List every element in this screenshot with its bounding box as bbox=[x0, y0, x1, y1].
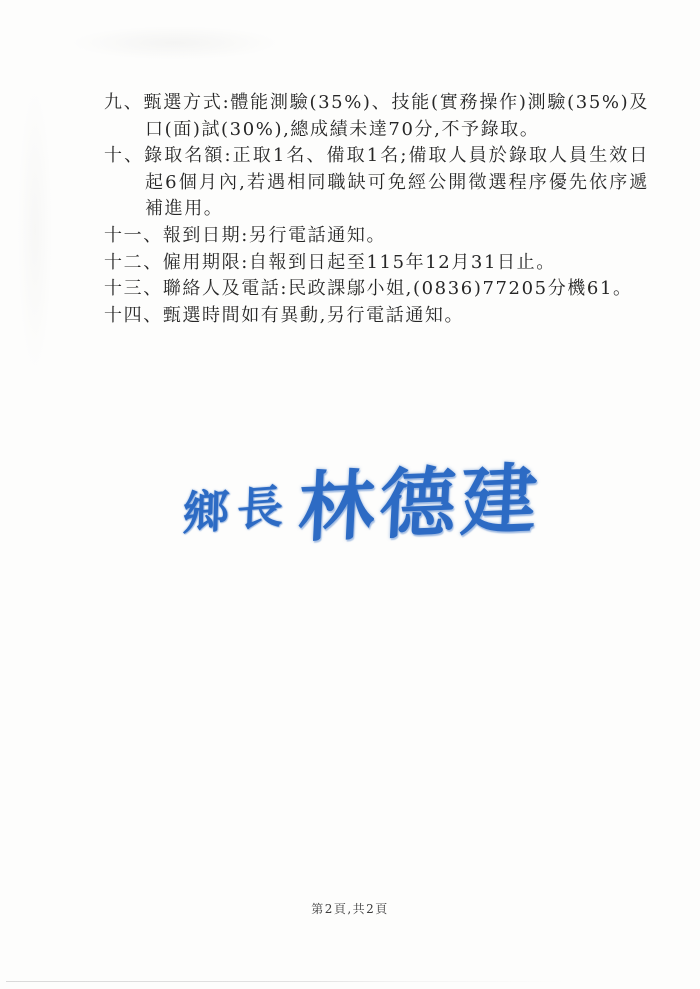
list-item-9: 九、甄選方式:體能測驗(35%)、技能(實務操作)測驗(35%)及口(面)試(3… bbox=[104, 90, 649, 143]
item-text: 甄選方式:體能測驗(35%)、技能(實務操作)測驗(35%)及口(面)試(30%… bbox=[144, 92, 649, 140]
scan-artifact-line bbox=[6, 981, 566, 982]
item-number: 十二、 bbox=[104, 252, 163, 273]
item-text: 錄取名額:正取1名、備取1名;備取人員於錄取人員生效日起6個月內,若遇相同職缺可… bbox=[144, 145, 649, 219]
item-number: 十、 bbox=[104, 145, 144, 166]
item-text: 僱用期限:自報到日起至115年12月31日止。 bbox=[163, 252, 556, 273]
scan-smudge-artifact bbox=[70, 26, 280, 60]
item-number: 九、 bbox=[104, 92, 144, 113]
signature-name: 林德建 bbox=[296, 438, 545, 556]
scan-smudge-artifact bbox=[18, 90, 52, 370]
list-item-13: 十三、聯絡人及電話:民政課鄔小姐,(0836)77205分機61。 bbox=[104, 276, 649, 303]
signature-title: 鄉長 bbox=[182, 470, 292, 544]
item-number: 十三、 bbox=[104, 278, 163, 299]
list-item-10: 十、錄取名額:正取1名、備取1名;備取人員於錄取人員生效日起6個月內,若遇相同職… bbox=[104, 143, 649, 223]
document-page: 九、甄選方式:體能測驗(35%)、技能(實務操作)測驗(35%)及口(面)試(3… bbox=[0, 0, 700, 989]
item-text: 甄選時間如有異動,另行電話通知。 bbox=[163, 305, 464, 326]
item-text: 報到日期:另行電話通知。 bbox=[163, 225, 386, 246]
body-text: 九、甄選方式:體能測驗(35%)、技能(實務操作)測驗(35%)及口(面)試(3… bbox=[104, 90, 649, 329]
list-item-11: 十一、報到日期:另行電話通知。 bbox=[104, 223, 649, 250]
list-item-12: 十二、僱用期限:自報到日起至115年12月31日止。 bbox=[104, 250, 649, 277]
item-number: 十四、 bbox=[104, 305, 163, 326]
list-item-14: 十四、甄選時間如有異動,另行電話通知。 bbox=[104, 303, 649, 330]
item-number: 十一、 bbox=[104, 225, 163, 246]
signature-stamp: 鄉長 林德建 bbox=[182, 440, 544, 557]
page-number-footer: 第2頁,共2頁 bbox=[0, 900, 700, 917]
item-text: 聯絡人及電話:民政課鄔小姐,(0836)77205分機61。 bbox=[163, 278, 633, 299]
